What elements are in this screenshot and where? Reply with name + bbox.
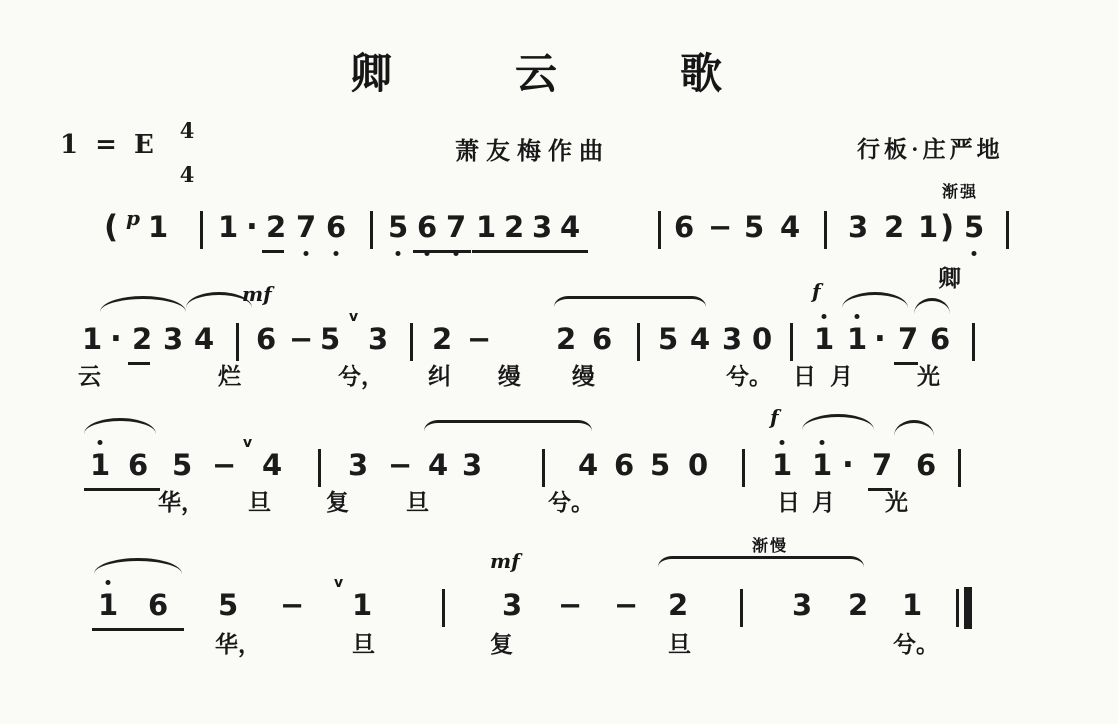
note: 3 [532,210,552,244]
lyric-syllable: 复 [490,632,513,658]
note: − [212,448,236,482]
lyric-syllable: 旦 [668,632,691,658]
note: 2 [432,322,452,356]
note: 1 [476,210,496,244]
beam [84,488,160,491]
lyric-syllable: 复 [326,490,349,516]
note: 3 [792,588,812,622]
barline [964,587,972,629]
note: 6 [614,448,634,482]
lyric-syllable: 缦 [498,364,521,390]
note: 3 [348,448,368,482]
note: 2 [884,210,904,244]
barline [637,323,640,361]
barline [658,211,661,249]
note: 4 [428,448,448,482]
lyric-syllable: 旦 [248,490,271,516]
slur [658,556,864,572]
note: 3 [848,210,868,244]
note: − [280,588,304,622]
barline [1006,211,1009,249]
beam [262,250,284,253]
note: 6 [148,588,168,622]
lyric-syllable: 兮。 [548,490,594,516]
breath-mark: v [349,310,358,324]
slur [554,296,706,312]
note: 6 [326,210,346,244]
slur [802,414,874,430]
lyric-syllable: 兮。 [893,632,939,658]
note: 7 [446,210,466,244]
note: 1 [902,588,922,622]
note: 2 [504,210,524,244]
note: 3 [722,322,742,356]
note: 3 [163,322,183,356]
dynamic-mark: f [770,406,779,428]
note: · [246,210,258,244]
note: 3 [462,448,482,482]
note: 1 [814,322,834,356]
note: − [614,588,638,622]
breath-mark: v [334,576,343,590]
note: 5 [650,448,670,482]
note: 4 [690,322,710,356]
beam [894,362,918,365]
beam [472,250,530,253]
barline [958,449,961,487]
beam [413,250,471,253]
note: 6 [417,210,437,244]
slur [894,420,934,436]
note: 6 [256,322,276,356]
sheet-music-scan: 卿 云 歌 1 = E 4 4 萧友梅作曲 行板·庄严地 (p11·276567… [0,0,1118,724]
beam [528,250,588,253]
slur [84,418,156,434]
note: 4 [262,448,282,482]
note: 4 [194,322,214,356]
note: 2 [266,210,286,244]
barline [740,589,743,627]
slur [94,558,182,574]
lyric-syllable: 日 [777,490,800,516]
lyric-syllable: 光 [917,364,940,390]
note: − [708,210,732,244]
key-signature: 1 = E [60,130,158,160]
note: 0 [688,448,708,482]
note: 4 [560,210,580,244]
note: 2 [848,588,868,622]
note: 1 [772,448,792,482]
note: · [874,322,886,356]
barline [742,449,745,487]
note: · [110,322,122,356]
note: 2 [668,588,688,622]
dynamic-mark: mf [242,283,272,305]
lyric-syllable: 月 [830,364,853,390]
lyric-syllable: 光 [885,490,908,516]
note: 7 [872,448,892,482]
lyric-syllable: 卿 [938,266,961,292]
note: − [289,322,313,356]
expression-mark: 渐强 [942,184,978,202]
tempo-marking: 行板·庄严地 [857,136,1004,164]
lyric-syllable: 烂 [218,364,241,390]
note: 6 [930,322,950,356]
time-signature: 4 4 [172,120,202,186]
dynamic-mark: mf [490,550,520,572]
note: 7 [296,210,316,244]
barline [236,323,239,361]
barline [200,211,203,249]
note: 6 [674,210,694,244]
note: ( [104,210,118,244]
note: 6 [592,322,612,356]
note: 1 [847,322,867,356]
barline [956,589,959,627]
expression-mark: 渐慢 [752,538,788,556]
lyric-syllable: 云 [78,364,101,390]
note: · [842,448,854,482]
time-signature-denominator: 4 [172,164,202,186]
note: 1 [812,448,832,482]
composer-credit: 萧友梅作曲 [455,138,610,166]
note: 7 [898,322,918,356]
slur [914,298,950,314]
note: p [126,206,140,230]
song-title-char-1: 卿 [350,52,392,98]
note: 2 [556,322,576,356]
note: 5 [320,322,340,356]
note: 0 [752,322,772,356]
lyric-syllable: 兮， [338,364,384,390]
barline [790,323,793,361]
note: 1 [218,210,238,244]
beam [92,628,184,631]
lyric-syllable: 纠 [428,364,451,390]
barline [318,449,321,487]
slur [100,296,186,312]
slur [424,420,592,436]
note: − [467,322,491,356]
note: 2 [132,322,152,356]
lyric-syllable: 华， [158,490,204,516]
note: 5 [218,588,238,622]
lyric-syllable: 缦 [572,364,595,390]
note: 5 [172,448,192,482]
note: − [388,448,412,482]
note: 1 [82,322,102,356]
lyric-syllable: 兮。 [726,364,772,390]
note: 1 [918,210,938,244]
song-title-char-2: 云 [515,52,557,98]
song-title-char-3: 歌 [680,52,722,98]
barline [410,323,413,361]
note: 6 [128,448,148,482]
lyric-syllable: 旦 [406,490,429,516]
breath-mark: v [243,436,252,450]
note: 1 [98,588,118,622]
note: 4 [578,448,598,482]
note: 5 [388,210,408,244]
note: 1 [90,448,110,482]
lyric-syllable: 旦 [352,632,375,658]
barline [370,211,373,249]
lyric-syllable: 华， [215,632,261,658]
note: 5 [964,210,984,244]
note: 6 [916,448,936,482]
beam [128,362,150,365]
slur [842,292,908,308]
note: − [558,588,582,622]
dynamic-mark: f [812,280,821,302]
note: 3 [502,588,522,622]
note: 5 [658,322,678,356]
note: 5 [744,210,764,244]
note: ) [940,210,954,244]
barline [824,211,827,249]
lyric-syllable: 日 [793,364,816,390]
note: 1 [352,588,372,622]
time-signature-numerator: 4 [172,120,202,142]
barline [442,589,445,627]
barline [542,449,545,487]
note: 3 [368,322,388,356]
note: 4 [780,210,800,244]
lyric-syllable: 月 [812,490,835,516]
note: 1 [148,210,168,244]
barline [972,323,975,361]
